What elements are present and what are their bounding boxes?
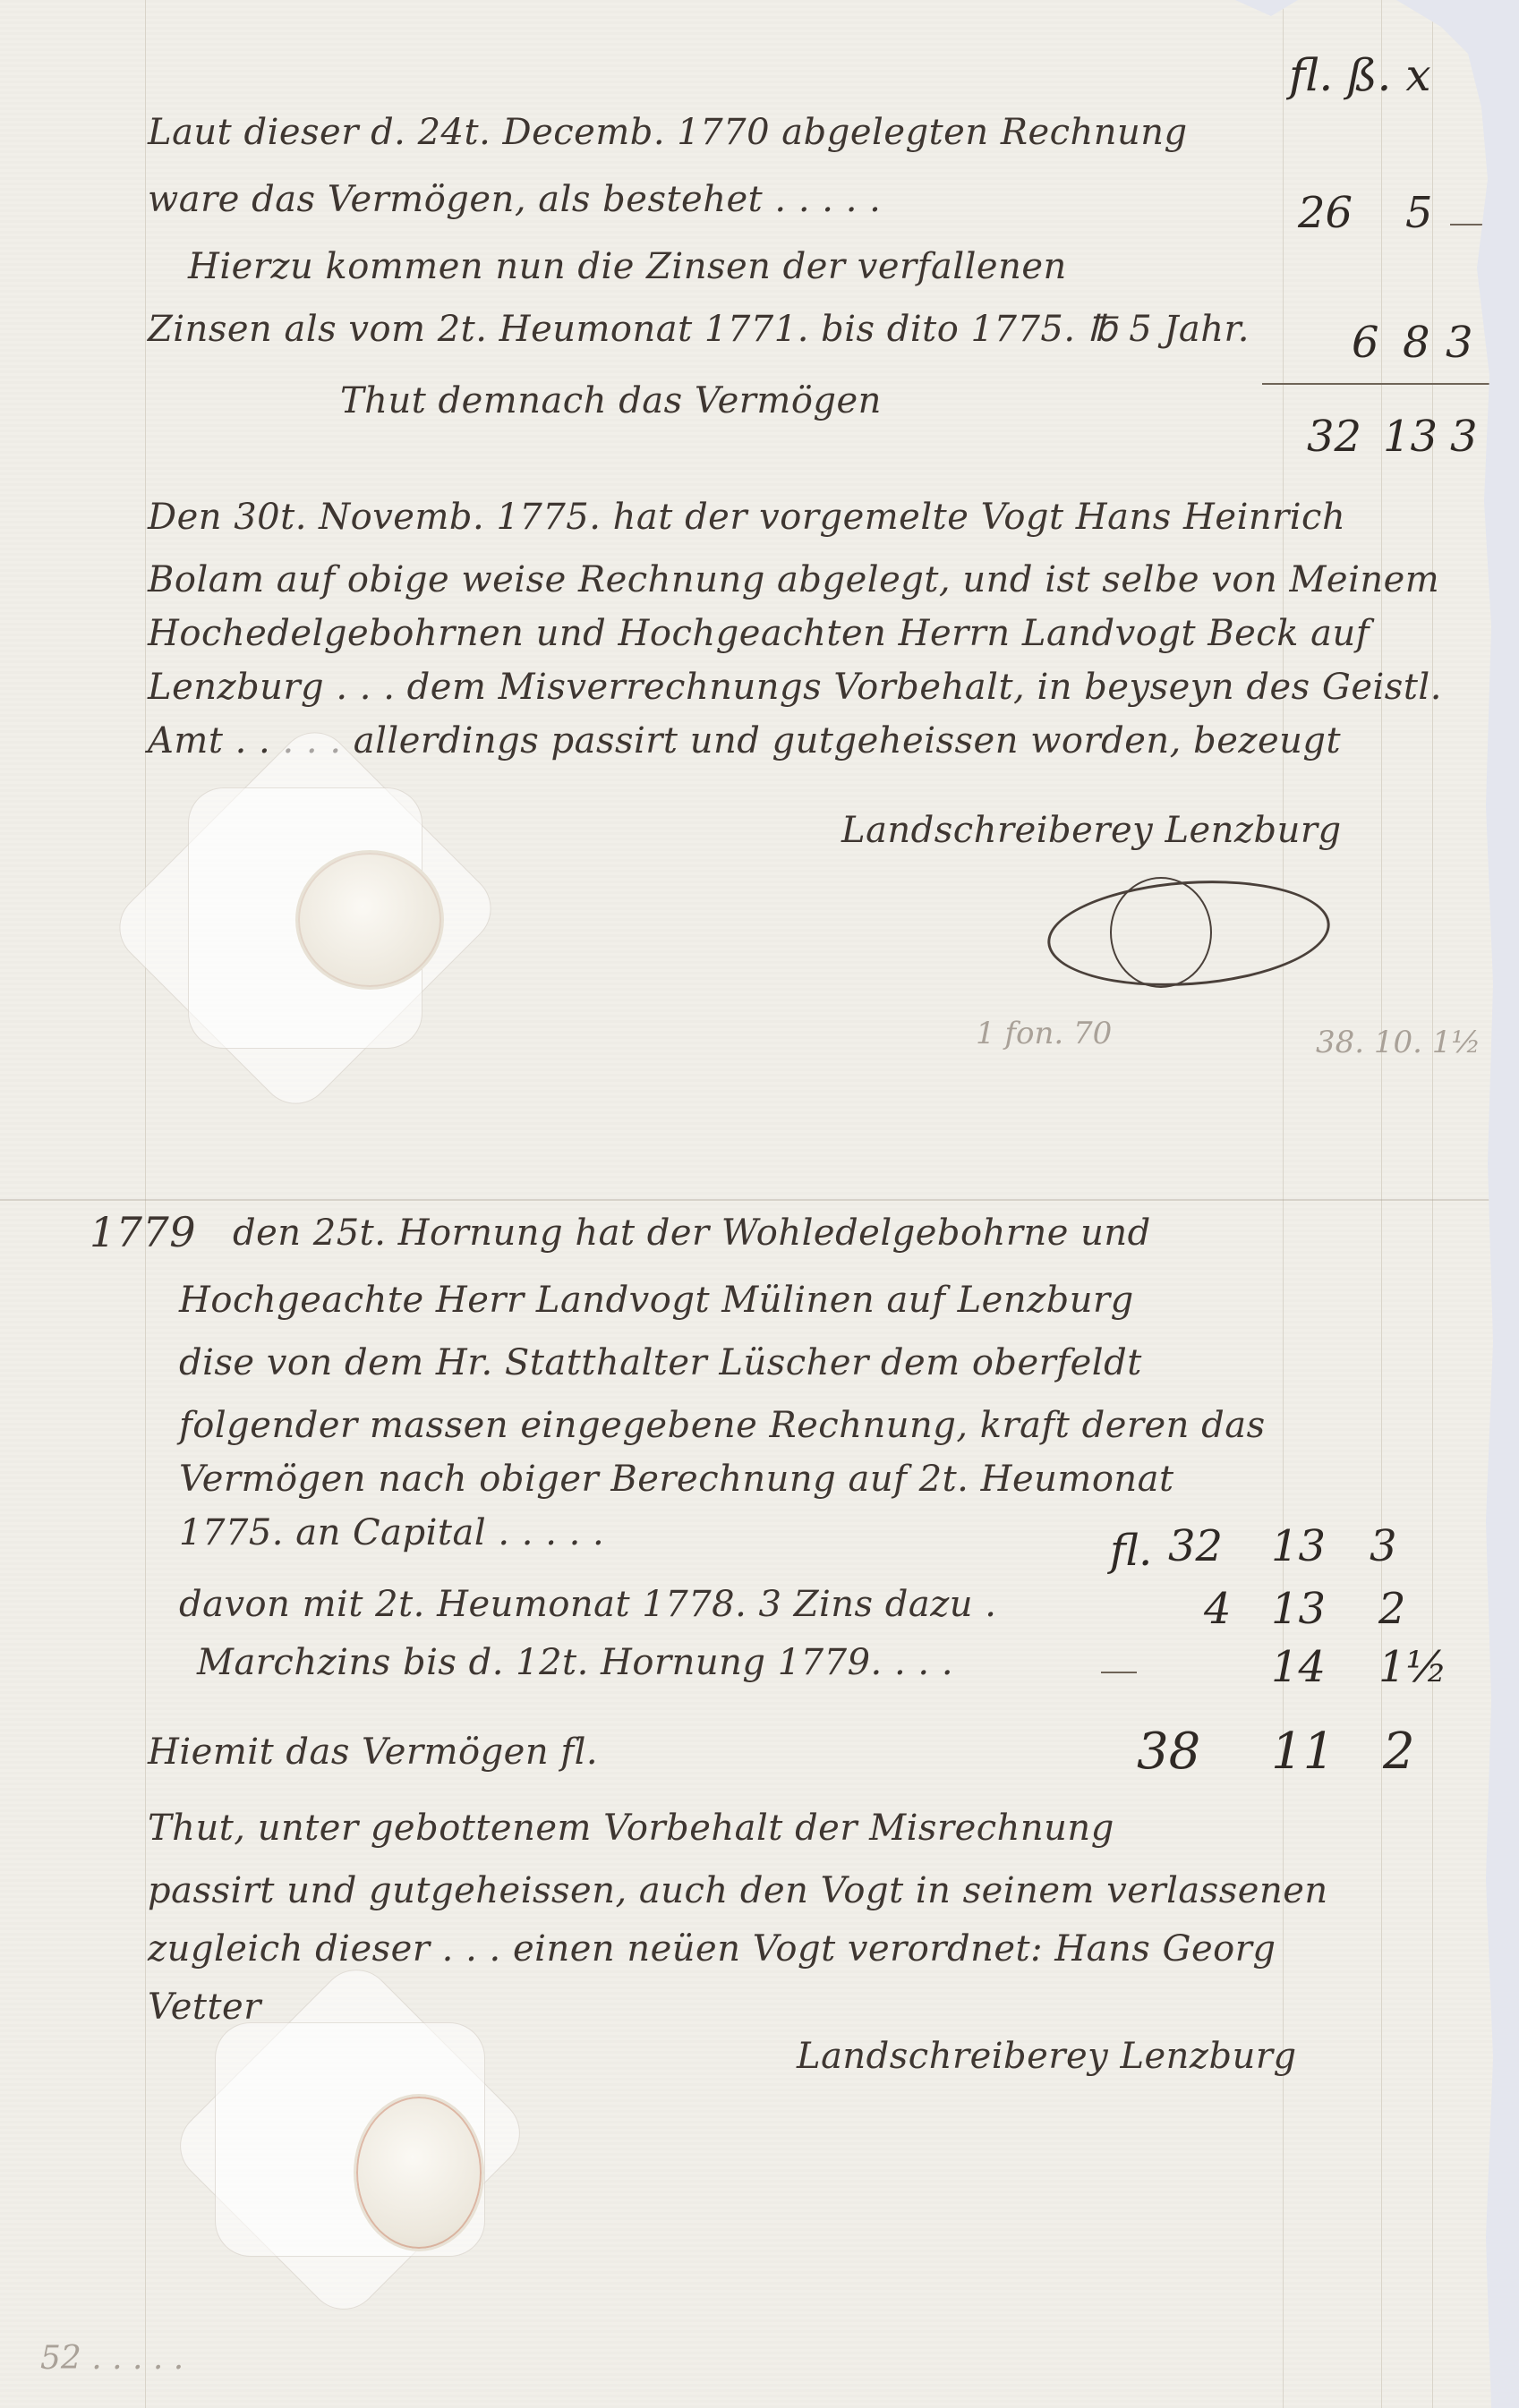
rule: [1450, 224, 1495, 225]
signature-landschreiberey: Landschreiberey Lenzburg: [797, 2036, 1297, 2077]
dash: [1101, 1672, 1137, 1673]
section1-line: Zinsen als vom 2t. Heumonat 1771. bis di…: [148, 309, 1250, 350]
amount-x: 3: [1450, 412, 1478, 462]
total-fl: 38: [1137, 1723, 1200, 1781]
embossed-seal: [354, 2094, 484, 2251]
section1-line: Thut demnach das Vermögen: [340, 380, 882, 421]
amount-s: 13: [1383, 412, 1438, 462]
sum-rule: [1262, 383, 1495, 385]
fold-line: [0, 1199, 1495, 1201]
total-x: 2: [1383, 1723, 1415, 1781]
embossed-seal: [295, 850, 444, 990]
closing-line: Vetter: [148, 1987, 261, 2028]
footer-pencil-note: 52 . . . . .: [40, 2340, 183, 2377]
section2-line: Hochedelgebohrnen und Hochgeachten Herrn…: [148, 613, 1370, 654]
amount-prefix: fl.: [1110, 1526, 1152, 1576]
paraph-loop: [1110, 877, 1212, 988]
amount-fl: 26: [1298, 188, 1353, 238]
amount-s: 8: [1403, 318, 1430, 368]
amount-x: 1½: [1378, 1642, 1447, 1692]
section1-line: Hierzu kommen nun die Zinsen der verfall…: [188, 246, 1067, 287]
section3-line: Vermögen nach obiger Berechnung auf 2t. …: [179, 1459, 1174, 1500]
total-s: 11: [1271, 1723, 1335, 1781]
closing-line: passirt und gutgeheissen, auch den Vogt …: [148, 1870, 1328, 1911]
amount-s: 13: [1271, 1584, 1326, 1634]
section2-line: Den 30t. Novemb. 1775. hat der vorgemelt…: [148, 497, 1345, 538]
document-sheet: fl. ß. x Laut dieser d. 24t. Decemb. 177…: [0, 0, 1499, 2408]
year-margin: 1779: [90, 1208, 196, 1256]
signature-landschreiberey: Landschreiberey Lenzburg: [841, 810, 1342, 851]
column-ruling-s: [1381, 0, 1382, 2408]
amount-x: 3: [1370, 1521, 1397, 1571]
section3-line: Marchzins bis d. 12t. Hornung 1779. . . …: [197, 1642, 953, 1683]
amount-x: 3: [1446, 318, 1473, 368]
section3-line: 1775. an Capital . . . . .: [179, 1512, 604, 1553]
section2-line: Lenzburg . . . dem Misverrechnungs Vorbe…: [148, 667, 1442, 708]
pencil-note: 38. 10. 1½: [1316, 1025, 1481, 1060]
margin-ruling: [145, 0, 146, 2408]
amount-s: 13: [1271, 1521, 1326, 1571]
pencil-note: 1 fon. 70: [976, 1016, 1112, 1051]
amount-fl: 4: [1204, 1584, 1232, 1634]
section3-line: den 25t. Hornung hat der Wohledelgebohrn…: [233, 1213, 1151, 1254]
amount-s: 14: [1271, 1642, 1326, 1692]
section3-line: Hochgeachte Herr Landvogt Mülinen auf Le…: [179, 1280, 1134, 1321]
amount-fl: 32: [1168, 1521, 1223, 1571]
section2-line: Bolam auf obige weise Rechnung abgelegt,…: [148, 559, 1439, 600]
section1-line: ware das Vermögen, als bestehet . . . . …: [148, 179, 881, 220]
amount-fl: 6: [1352, 318, 1379, 368]
section3-line: folgender massen eingegebene Rechnung, k…: [179, 1405, 1266, 1446]
column-ruling-x: [1432, 0, 1433, 2408]
amount-x: 2: [1378, 1584, 1406, 1634]
amount-fl: 32: [1307, 412, 1361, 462]
amount-s: 5: [1405, 188, 1433, 238]
section1-line: Laut dieser d. 24t. Decemb. 1770 abgeleg…: [148, 112, 1188, 153]
currency-header: fl. ß. x: [1289, 49, 1431, 101]
section3-line: dise von dem Hr. Statthalter Lüscher dem…: [179, 1342, 1142, 1383]
closing-line: Thut, unter gebottenem Vorbehalt der Mis…: [148, 1808, 1114, 1849]
section3-line: davon mit 2t. Heumonat 1778. 3 Zins dazu…: [179, 1584, 997, 1625]
total-line: Hiemit das Vermögen fl.: [148, 1732, 598, 1773]
closing-line: zugleich dieser . . . einen neüen Vogt v…: [148, 1928, 1276, 1970]
